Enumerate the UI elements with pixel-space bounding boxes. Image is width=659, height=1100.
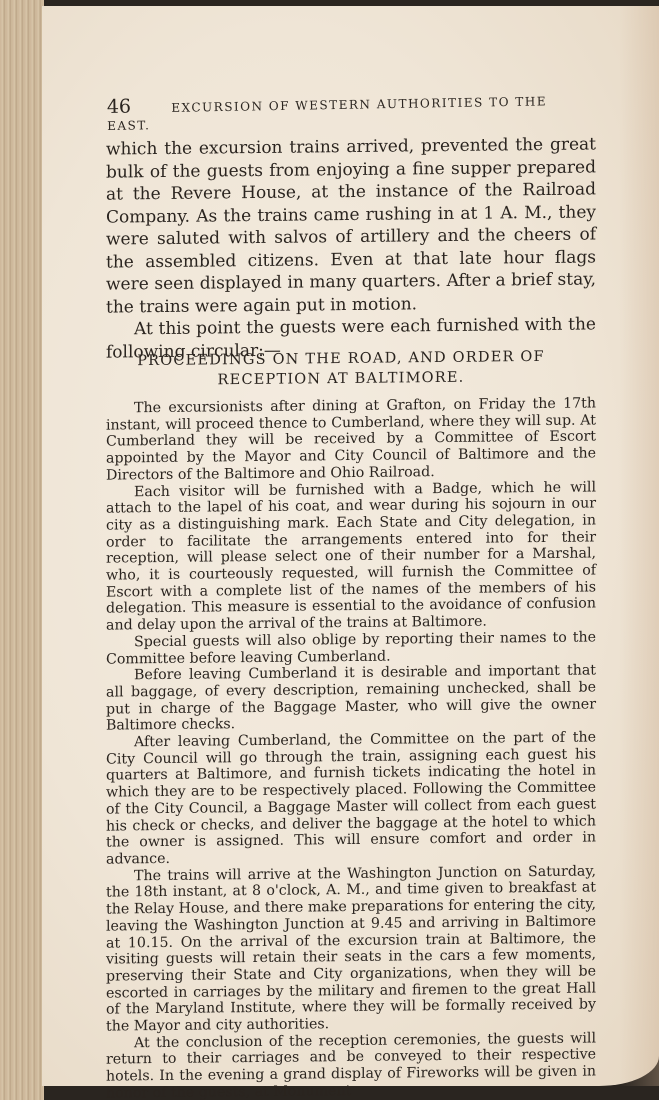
- circular-text: The excursionists after dining at Grafto…: [106, 395, 596, 1100]
- page-number: 46: [107, 95, 167, 118]
- paragraph: At the conclusion of the reception cerem…: [106, 1030, 596, 1100]
- running-head: EXCURSION OF WESTERN AUTHORITIES TO THE …: [107, 94, 547, 133]
- paragraph: Special guests will also oblige by repor…: [106, 629, 596, 668]
- paragraph: The trains will arrive at the Washington…: [106, 863, 596, 1035]
- paragraph: which the excursion trains arrived, prev…: [106, 133, 596, 318]
- paragraph: Each visitor will be furnished with a Ba…: [106, 479, 596, 634]
- page-edges: [0, 0, 44, 1100]
- paragraph: After leaving Cumberland, the Committee …: [106, 729, 596, 868]
- body-text: which the excursion trains arrived, prev…: [106, 133, 596, 363]
- paragraph: Before leaving Cumberland it is desirabl…: [106, 663, 596, 735]
- paragraph: The excursionists after dining at Grafto…: [106, 395, 596, 484]
- circular-heading: PROCEEDINGS ON THE ROAD, AND ORDER OF RE…: [106, 347, 576, 392]
